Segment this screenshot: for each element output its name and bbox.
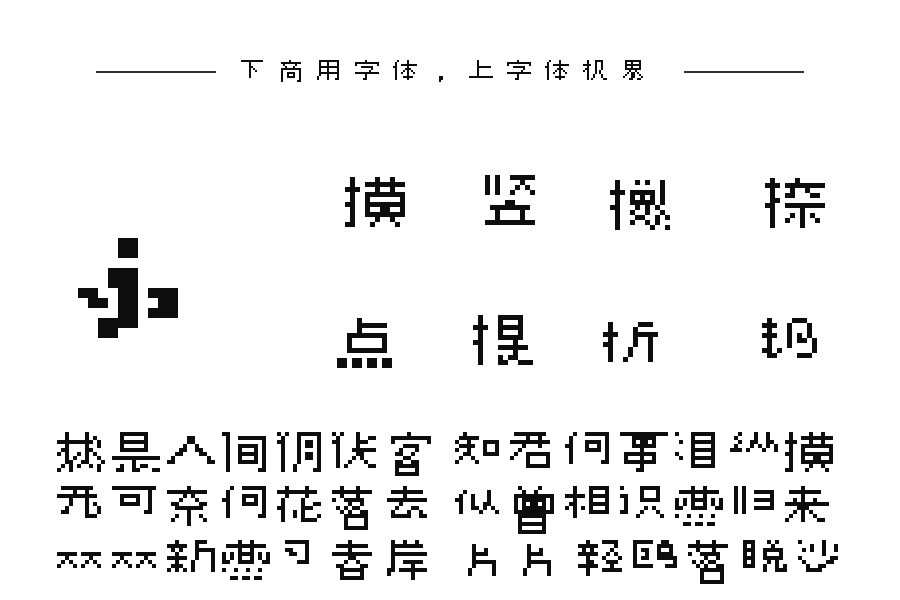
header-slogan-text <box>241 60 659 84</box>
stroke-label-gou <box>762 318 822 378</box>
poem-line-2-left <box>57 486 442 534</box>
stroke-label-na <box>765 178 825 238</box>
stroke-label-zhe <box>603 322 663 382</box>
stroke-label-heng <box>345 177 405 237</box>
stroke-label-pie <box>610 180 670 240</box>
stroke-label-dian <box>337 318 397 378</box>
font-specimen-poster <box>0 0 900 600</box>
header-rule-right <box>684 71 804 73</box>
header <box>0 58 900 86</box>
poem-line-3-right <box>468 540 853 588</box>
poem-line-2-right <box>455 486 840 534</box>
hero-glyph-yong <box>78 238 178 358</box>
poem-line-3-left <box>57 540 442 588</box>
header-rule-left <box>96 71 216 73</box>
poem-line-1-right <box>455 432 840 480</box>
stroke-label-ti <box>473 315 533 375</box>
poem-line-1-left <box>57 432 442 480</box>
stroke-label-shu <box>480 175 540 235</box>
